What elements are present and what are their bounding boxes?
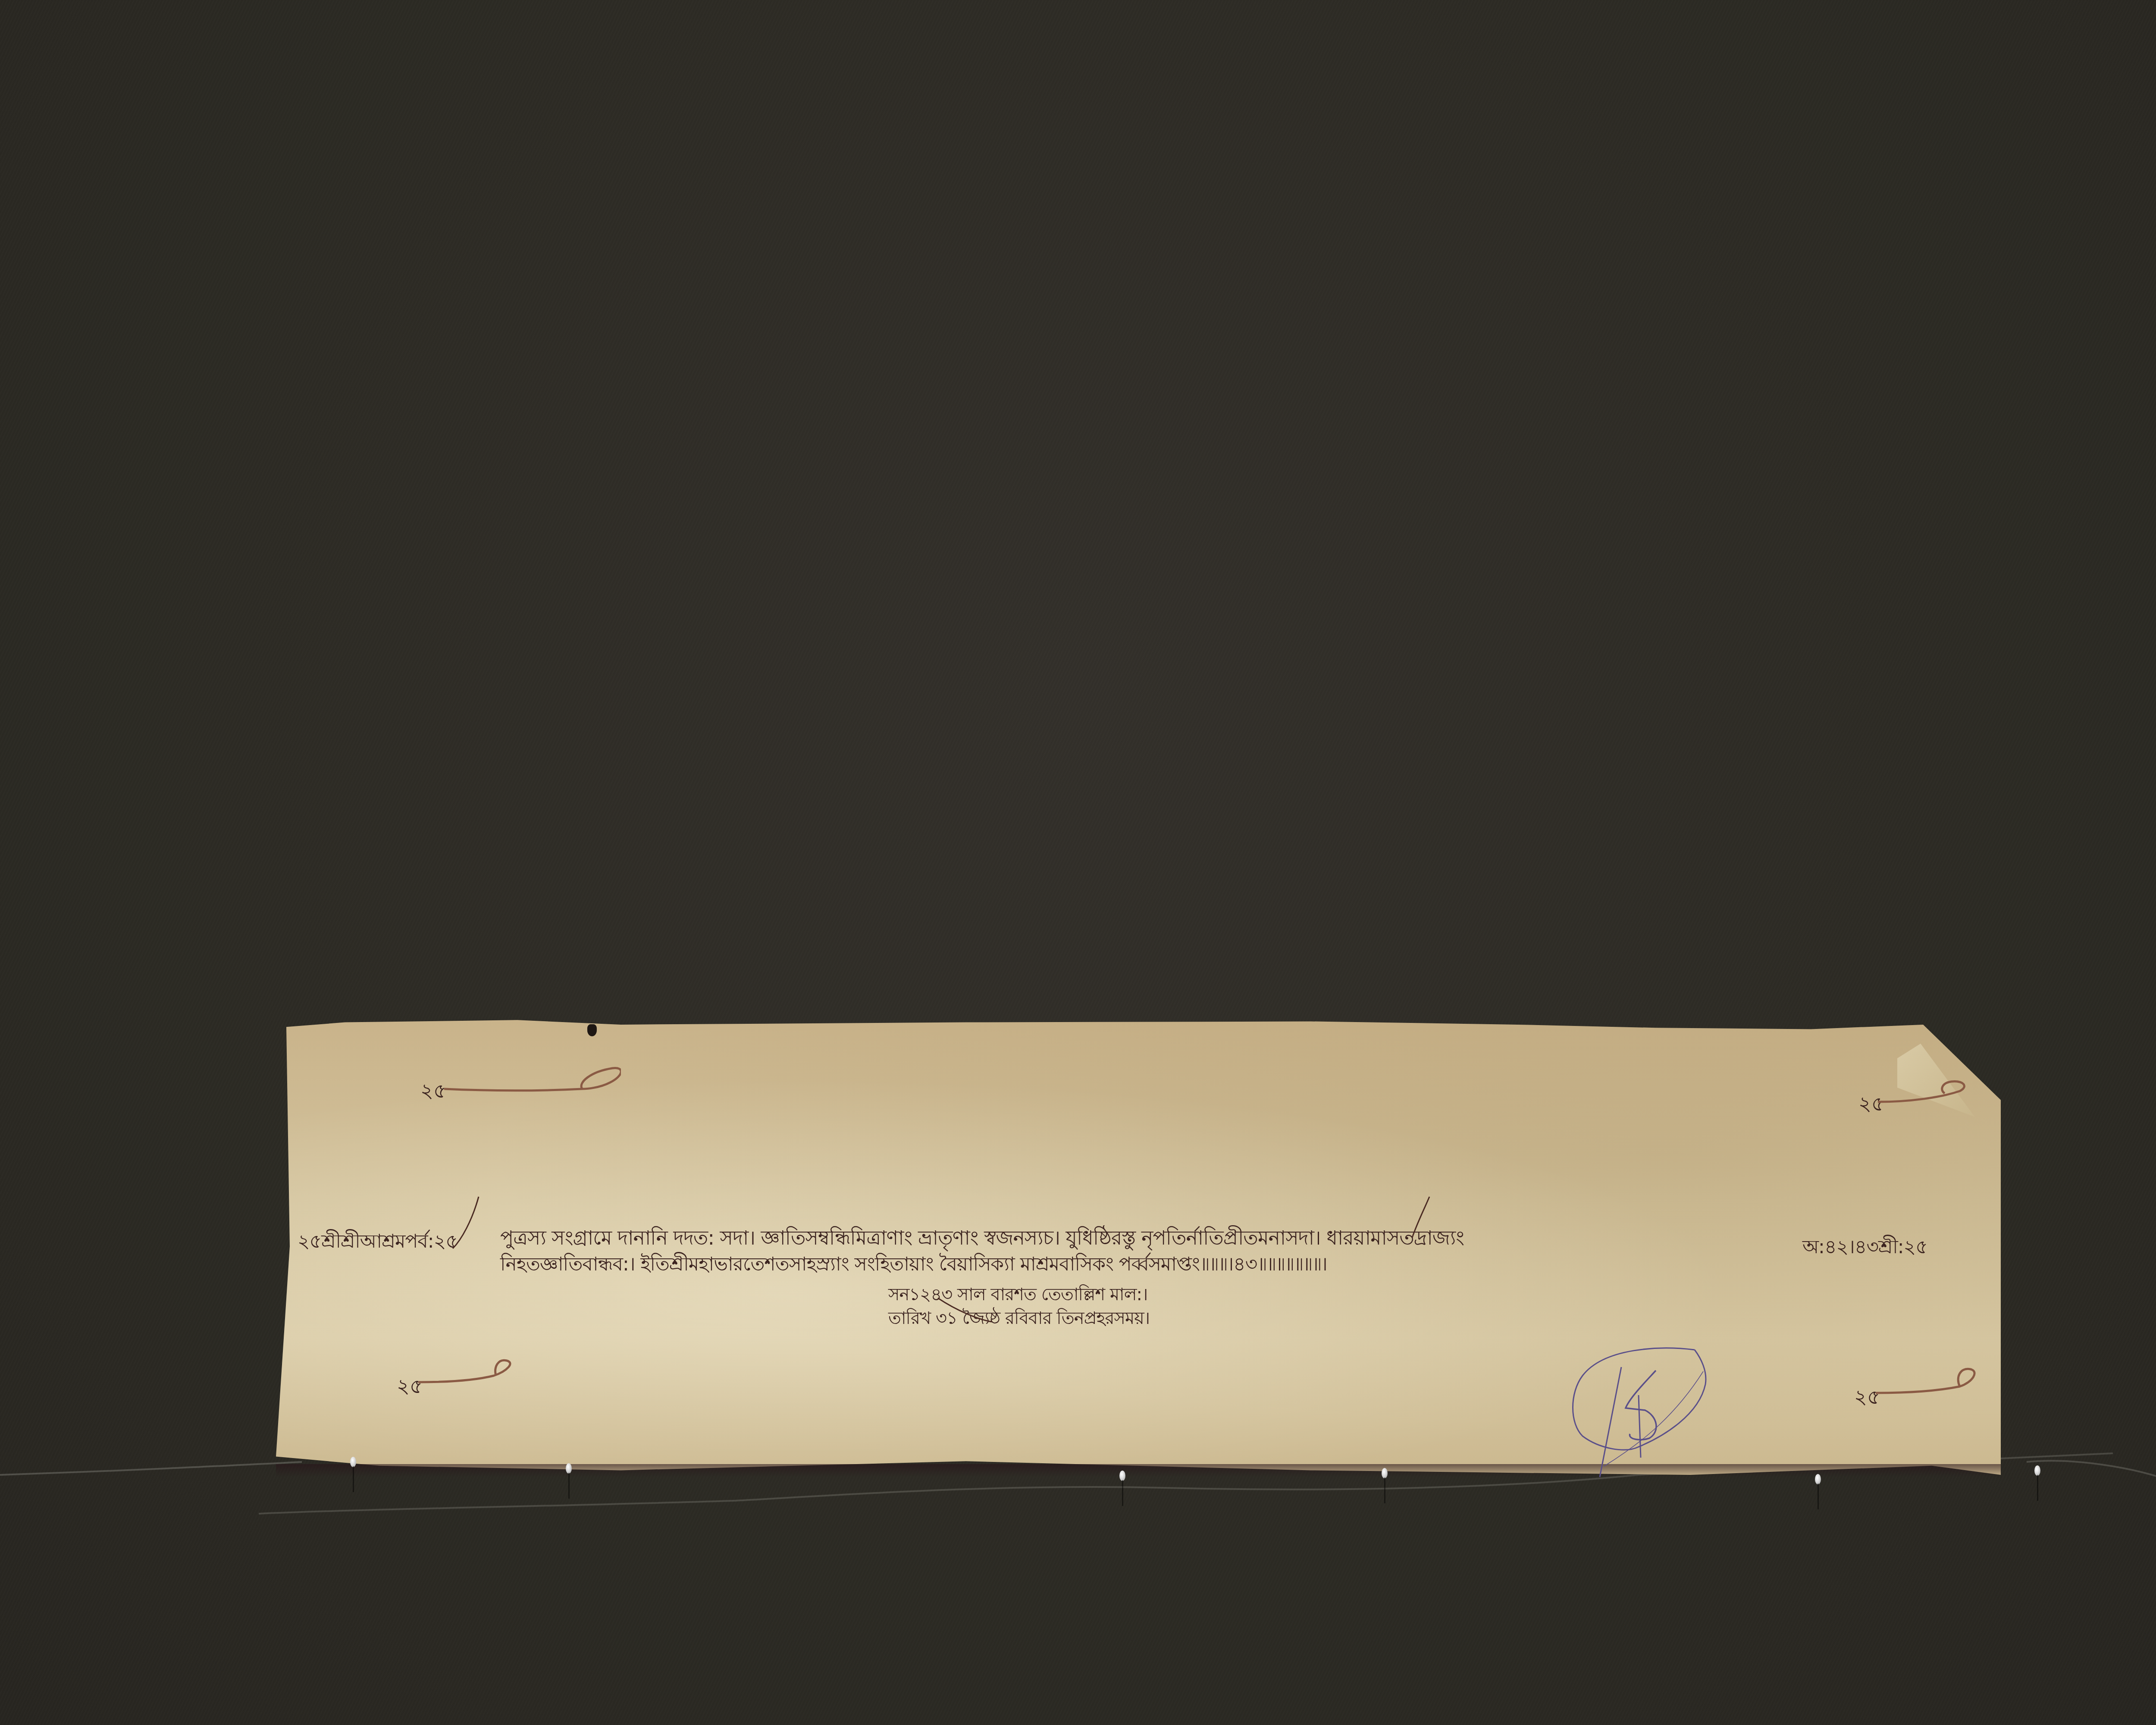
pin-shadow <box>1818 1483 1819 1509</box>
pin-shadow <box>1384 1477 1385 1503</box>
pin-shadow <box>568 1473 570 1499</box>
mounting-pin <box>1119 1471 1125 1481</box>
mounting-pin <box>350 1457 356 1467</box>
pencil-annotation-mark: 15 <box>1552 1328 1733 1492</box>
pin-shadow <box>353 1466 354 1492</box>
mounting-pin <box>1382 1468 1388 1478</box>
mounting-pin <box>1815 1474 1821 1484</box>
mounting-pin <box>2034 1465 2040 1476</box>
pin-shadow <box>1122 1480 1123 1506</box>
pin-shadow <box>2037 1475 2038 1501</box>
mounting-pin <box>566 1463 572 1474</box>
pen-stroke-mark <box>0 0 2156 1725</box>
